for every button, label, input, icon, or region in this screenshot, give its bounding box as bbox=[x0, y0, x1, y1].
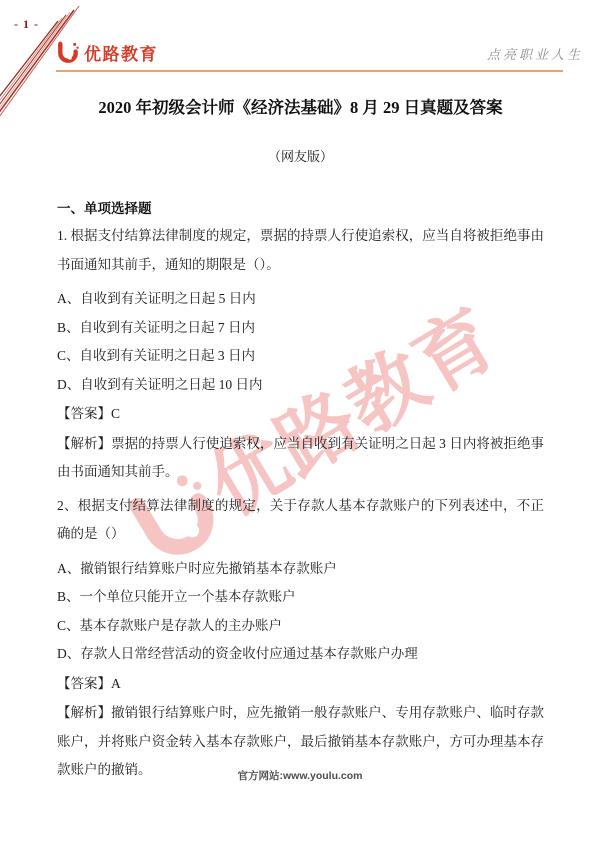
question-2-options: A、撤销银行结算账户时应先撤销基本存款账户 B、一个单位只能开立一个基本存款账户… bbox=[57, 555, 544, 669]
header-divider-line bbox=[56, 70, 563, 72]
page-subtitle: （网友版） bbox=[57, 146, 544, 165]
question-2-stem: 2、根据支付结算法律制度的规定，关于存款人基本存款账户的下列表述中，不正确的是（… bbox=[57, 492, 544, 549]
question-1-options: A、自收到有关证明之日起 5 日内 B、自收到有关证明之日起 7 日内 C、自收… bbox=[57, 285, 544, 399]
question-1-option-c: C、自收到有关证明之日起 3 日内 bbox=[57, 342, 544, 371]
youlu-logo-icon bbox=[56, 41, 79, 64]
question-2-option-a: A、撤销银行结算账户时应先撤销基本存款账户 bbox=[57, 555, 544, 584]
question-1-option-b: B、自收到有关证明之日起 7 日内 bbox=[57, 314, 544, 343]
question-2-answer: 【答案】A bbox=[57, 670, 544, 699]
footer-site-url: 官方网站:www.youlu.com bbox=[0, 768, 600, 783]
header: 优路教育 点亮职业人生 bbox=[0, 0, 600, 80]
document-page: - 1 - 优路教育 点亮职业人生 优路教育 2020 年初级会计师《经济法基础… bbox=[0, 0, 600, 849]
question-2-option-b: B、一个单位只能开立一个基本存款账户 bbox=[57, 583, 544, 612]
question-1-stem: 1. 根据支付结算法律制度的规定，票据的持票人行使追索权，应当自将被拒绝事由书面… bbox=[57, 222, 544, 279]
question-1: 1. 根据支付结算法律制度的规定，票据的持票人行使追索权，应当自将被拒绝事由书面… bbox=[57, 222, 544, 487]
brand-slogan: 点亮职业人生 bbox=[487, 44, 583, 63]
brand-logo-text: 优路教育 bbox=[84, 40, 158, 65]
question-1-option-d: D、自收到有关证明之日起 10 日内 bbox=[57, 371, 544, 400]
document-body: 2020 年初级会计师《经济法基础》8 月 29 日真题及答案 （网友版） 一、… bbox=[57, 0, 544, 785]
section-heading: 一、单项选择题 bbox=[57, 197, 544, 217]
question-2: 2、根据支付结算法律制度的规定，关于存款人基本存款账户的下列表述中，不正确的是（… bbox=[57, 492, 544, 785]
brand-logo: 优路教育 bbox=[56, 40, 158, 65]
page-title: 2020 年初级会计师《经济法基础》8 月 29 日真题及答案 bbox=[57, 94, 544, 118]
question-1-analysis: 【解析】票据的持票人行使追索权，应当自收到有关证明之日起 3 日内将被拒绝事由书… bbox=[57, 430, 544, 487]
question-2-option-c: C、基本存款账户是存款人的主办账户 bbox=[57, 612, 544, 641]
question-1-answer: 【答案】C bbox=[57, 400, 544, 429]
question-2-option-d: D、存款人日常经营活动的资金收付应通过基本存款账户办理 bbox=[57, 640, 544, 669]
question-1-option-a: A、自收到有关证明之日起 5 日内 bbox=[57, 285, 544, 314]
